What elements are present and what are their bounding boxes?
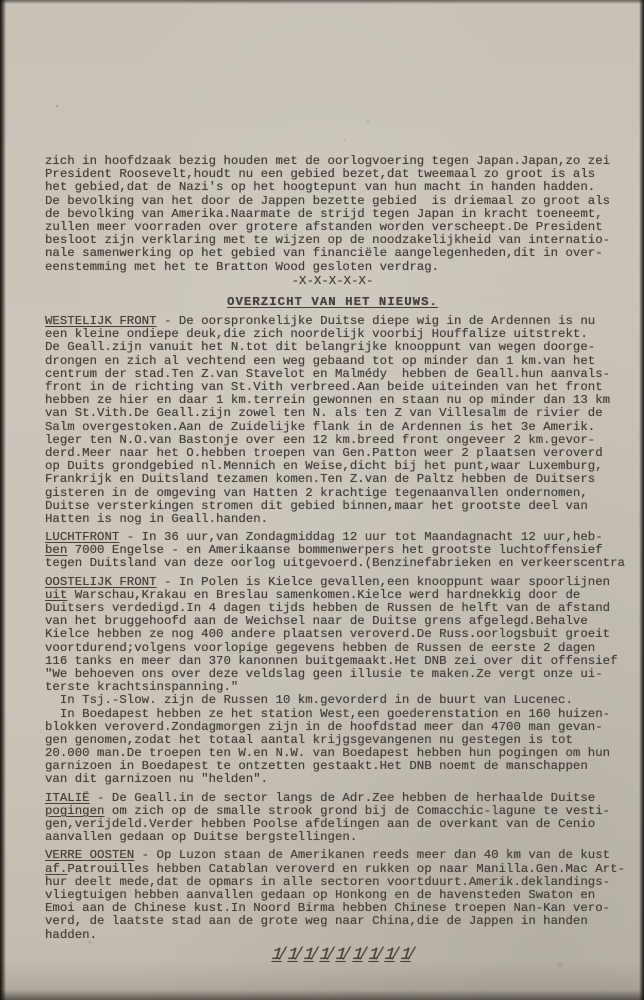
section-heading: ITALIË	[45, 791, 90, 805]
intro-paragraph: zich in hoofdzaak bezig houden met de oo…	[45, 155, 644, 274]
end-mark-glyph: 1̸	[336, 949, 348, 962]
section-westelijk-front: WESTELIJK FRONT - De oorspronkelijke Dui…	[45, 315, 644, 526]
section-luchtfront: LUCHTFRONT - In 36 uur,van Zondagmiddag …	[45, 531, 644, 571]
section-heading: LUCHTFRONT	[45, 530, 119, 544]
section-separator: -X-X-X-X-X-	[45, 275, 620, 288]
end-mark-glyph: 1̸	[368, 949, 380, 962]
text-line: tegen Duitsland van deze oorlog uitgevoe…	[45, 557, 644, 570]
section-oostelijk-front: OOSTELIJK FRONT - In Polen is Kielce gev…	[45, 576, 644, 787]
end-mark-glyph: 1̸	[271, 949, 283, 962]
section-heading: VERRE OOSTEN	[45, 848, 134, 862]
section-verre-oosten: VERRE OOSTEN - Op Luzon staan de Amerika…	[45, 849, 644, 941]
section-heading: uit	[45, 588, 67, 602]
text-line: hadden.	[45, 929, 644, 942]
typewritten-page: zich in hoofdzaak bezig houden met de oo…	[0, 0, 644, 1000]
end-mark-glyph: 1̸	[319, 949, 331, 962]
text-line: Hatten is nog in Geall.handen.	[45, 513, 644, 526]
section-heading: OOSTELIJK FRONT	[45, 575, 157, 589]
end-mark-glyph: 1̸	[401, 949, 413, 962]
news-sections: WESTELIJK FRONT - De oorspronkelijke Dui…	[45, 315, 644, 942]
text-line: aanvallen gedaan op Duitse bergstellinge…	[45, 831, 644, 844]
end-mark-glyph: 1̸	[303, 949, 315, 962]
end-marks: 1̸1̸1̸1̸1̸1̸1̸1̸1̸	[45, 949, 620, 963]
end-mark-glyph: 1̸	[287, 949, 299, 962]
section-heading: pogingen	[45, 804, 105, 818]
section-heading: ben	[45, 543, 67, 557]
text-line: van dit garnizoen nu "helden".	[45, 773, 644, 786]
section-heading: WESTELIJK FRONT	[45, 314, 157, 328]
page-title: OVERZICHT VAN HET NIEUWS.	[45, 296, 620, 309]
end-mark-glyph: 1̸	[384, 949, 396, 962]
text-line: eenstemming met het te Bratton Wood gesl…	[45, 261, 644, 274]
text-line: verd, de laatste stad aan de grote weg n…	[45, 915, 644, 928]
document-photo: zich in hoofdzaak bezig houden met de oo…	[0, 0, 644, 1000]
section-italie: ITALIË - De Geall.in de sector langs de …	[45, 792, 644, 845]
end-mark-glyph: 1̸	[352, 949, 364, 962]
section-heading: af.	[45, 862, 67, 876]
